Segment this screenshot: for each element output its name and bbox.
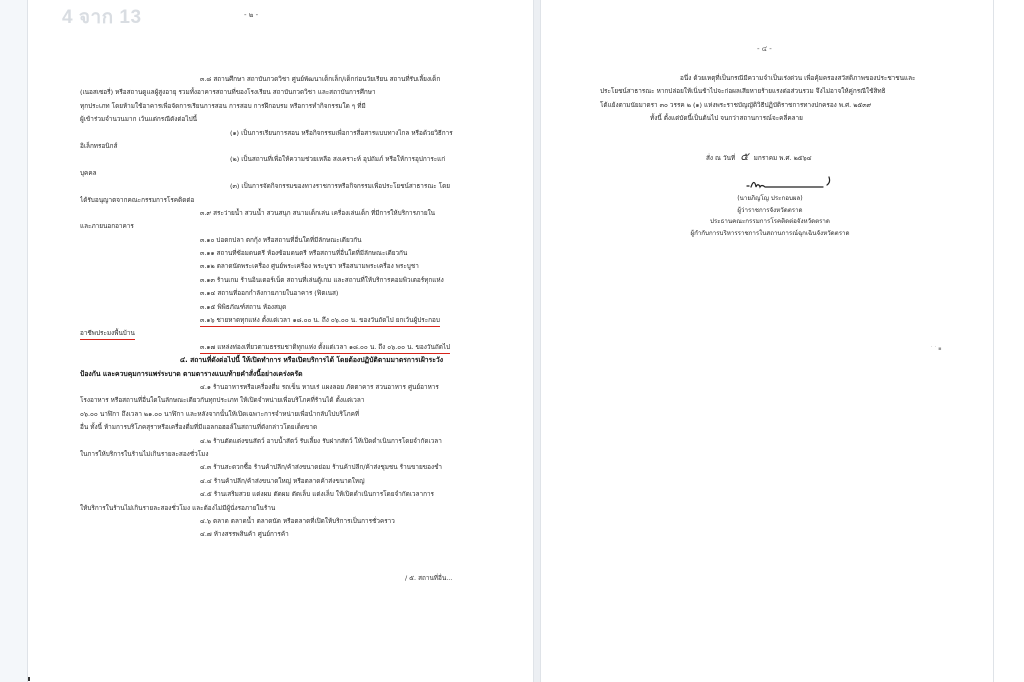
signatory-name: (นายภิญโญ ประกอบผล) [620, 193, 920, 205]
subclause-3: (๓) เป็นการจัดกิจกรรมของทางราชการหรือกิจ… [80, 180, 480, 193]
text-line: อื่น ทั้งนี้ ห้ามการบริโภคสุราหรือเครื่อ… [80, 421, 480, 434]
underline-annotation: ๓.๑๖ ชายหาดทุกแห่ง ตั้งแต่เวลา ๑๘.๐๐ น. … [200, 315, 440, 327]
clause-3-14: ๓.๑๔ สถานที่ออกกำลังกายภายในอาคาร (ฟิตเน… [80, 287, 480, 300]
text-line: โรงอาหาร หรือสถานที่อื่นใดในลักษณะเดียวก… [80, 394, 480, 407]
text-line: ทุกประเภท โดยห้ามใช้อาคารเพื่อจัดการเรีย… [80, 100, 480, 113]
clause-3-16-cont-underlined: อาชีพประมงพื้นบ้าน [80, 327, 480, 340]
clause-4-7: ๔.๗ ห้างสรรพสินค้า ศูนย์การค้า [80, 528, 480, 541]
text-line: ให้บริการในร้านไม่เกินรายละสองชั่วโมง แล… [80, 502, 480, 515]
page-number-left: - ๒ - [244, 10, 258, 21]
text-line: บุคคล [80, 167, 480, 180]
text-line: และภายนอกอาคาร [80, 220, 480, 233]
clause-3-11: ๓.๑๑ สถานที่ซ้อมดนตรี ห้องซ้อมดนตรี หรือ… [80, 247, 480, 260]
subclause-2: (๒) เป็นสถานที่เพื่อให้ความช่วยเหลือ สงเ… [80, 153, 480, 166]
clause-3-13: ๓.๑๓ ร้านเกม ร้านอินเตอร์เน็ต สถานที่เล่… [80, 274, 480, 287]
clause-3-10: ๓.๑๐ บ่อตกปลา ตกกุ้ง หรือสถานที่อื่นใดที… [80, 234, 480, 247]
page-indicator: 4 จาก 13 [62, 2, 142, 32]
left-page-body: ๓.๘ สถานศึกษา สถาบันกวดวิชา ศูนย์พัฒนาเด… [80, 73, 480, 542]
signatory-title: ประธานคณะกรรมการโรคติดต่อจังหวัดตราด [620, 216, 920, 228]
order-date-suffix: มกราคม พ.ศ. ๒๕๖๔ [754, 154, 812, 162]
signatory-title: ผู้ว่าราชการจังหวัดตราด [620, 205, 920, 217]
clause-3-16-underlined: ๓.๑๖ ชายหาดทุกแห่ง ตั้งแต่เวลา ๑๘.๐๐ น. … [80, 314, 480, 327]
clause-4-1: ๔.๑ ร้านอาหารหรือเครื่องดื่ม รถเข็น หาบเ… [80, 381, 480, 394]
clause-3-15: ๓.๑๕ พิพิธภัณฑ์สถาน ห้องสมุด [80, 301, 480, 314]
underline-annotation: ๓.๑๗ แหล่งท่องเที่ยวตามธรรมชาติทุกแห่ง ต… [200, 342, 450, 354]
page-number-right: - ๔ - [757, 44, 772, 55]
signatory-block: (นายภิญโญ ประกอบผล) ผู้ว่าราชการจังหวัดต… [620, 193, 920, 239]
text-line: ได้รับอนุญาตจากคณะกรรมการโรคติดต่อ [80, 194, 480, 207]
order-date-day: ๕ [740, 150, 748, 163]
right-page-body: อนึ่ง ด้วยเหตุที่เป็นกรณีมีความจำเป็นเร่… [600, 72, 970, 126]
clause-4-3: ๔.๓ ร้านสะดวกซื้อ ร้านค้าปลีก/ค้าส่งขนาด… [80, 461, 480, 474]
text-cursor-mark [28, 677, 30, 681]
clause-3-12: ๓.๑๒ ตลาดนัดพระเครื่อง ศูนย์พระเครื่อง พ… [80, 260, 480, 273]
text-line: อิเล็กทรอนิกส์ [80, 140, 480, 153]
text-line: ๐๖.๐๐ นาฬิกา ถึงเวลา ๒๑.๐๐ นาฬิกา และหลั… [80, 408, 480, 421]
paragraph-urgency: อนึ่ง ด้วยเหตุที่เป็นกรณีมีความจำเป็นเร่… [600, 72, 970, 85]
clause-4-5: ๔.๕ ร้านเสริมสวย แต่งผม ตัดผม ตัดเล็บ แต… [80, 488, 480, 501]
clause-4-2: ๔.๒ ร้านตัดแต่งขนสัตว์ อาบน้ำสัตว์ รับเล… [80, 435, 480, 448]
clause-3-9: ๓.๙ สระว่ายน้ำ สวนน้ำ สวนสนุก สนามเด็กเล… [80, 207, 480, 220]
underline-annotation: อาชีพประมงพื้นบ้าน [80, 328, 135, 340]
scan-artifact: ˙ ˙ ▪ [930, 346, 942, 352]
continuation-reference: / ๕. สถานที่อื่น... [405, 573, 452, 583]
signatory-title: ผู้กำกับการบริหารราชการในสถานการณ์ฉุกเฉิ… [620, 228, 920, 240]
text-line: ประโยชน์สาธารณะ หากปล่อยให้เนิ่นช้าไปจะก… [600, 85, 970, 98]
section-4-heading: ๔. สถานที่ดังต่อไปนี้ ให้เปิดทำการ หรือเ… [80, 354, 480, 367]
clause-3-8: ๓.๘ สถานศึกษา สถาบันกวดวิชา ศูนย์พัฒนาเด… [80, 73, 480, 86]
text-line: ในการให้บริการในร้านไม่เกินรายละสองชั่วโ… [80, 448, 480, 461]
text-line: (เนอสเซอรี่) หรือสถานดูแลผู้สูงอายุ รวมท… [80, 86, 480, 99]
effective-clause: ทั้งนี้ ตั้งแต่บัดนี้เป็นต้นไป จนกว่าสถา… [600, 112, 970, 125]
pdf-viewer: 4 จาก 13 - ๒ - ๓.๘ สถานศึกษา สถาบันกวดวิ… [0, 0, 1024, 682]
signature-image [745, 175, 840, 191]
order-date-prefix: สั่ง ณ วันที่ [706, 154, 735, 162]
text-line: ผู้เข้าร่วมจำนวนมาก เว้นแต่กรณีดังต่อไปน… [80, 113, 480, 126]
order-date: สั่ง ณ วันที่ ๕ มกราคม พ.ศ. ๒๕๖๔ [706, 147, 812, 165]
clause-3-17-underlined: ๓.๑๗ แหล่งท่องเที่ยวตามธรรมชาติทุกแห่ง ต… [80, 341, 480, 354]
section-4-heading-cont: ป้องกัน และควบคุมการแพร่ระบาด ตามตารางแน… [80, 368, 480, 381]
subclause-1: (๑) เป็นการเรียนการสอน หรือกิจกรรมเพื่อก… [80, 127, 480, 140]
text-line: โต้แย้งตามนัยมาตรา ๓๐ วรรค ๒ (๑) แห่งพระ… [600, 99, 970, 112]
clause-4-6: ๔.๖ ตลาด ตลาดน้ำ ตลาดนัด หรือตลาดที่เปิด… [80, 515, 480, 528]
clause-4-4: ๔.๔ ร้านค้าปลีก/ค้าส่งขนาดใหญ่ หรือตลาดค… [80, 475, 480, 488]
next-page-edge [994, 0, 1024, 682]
